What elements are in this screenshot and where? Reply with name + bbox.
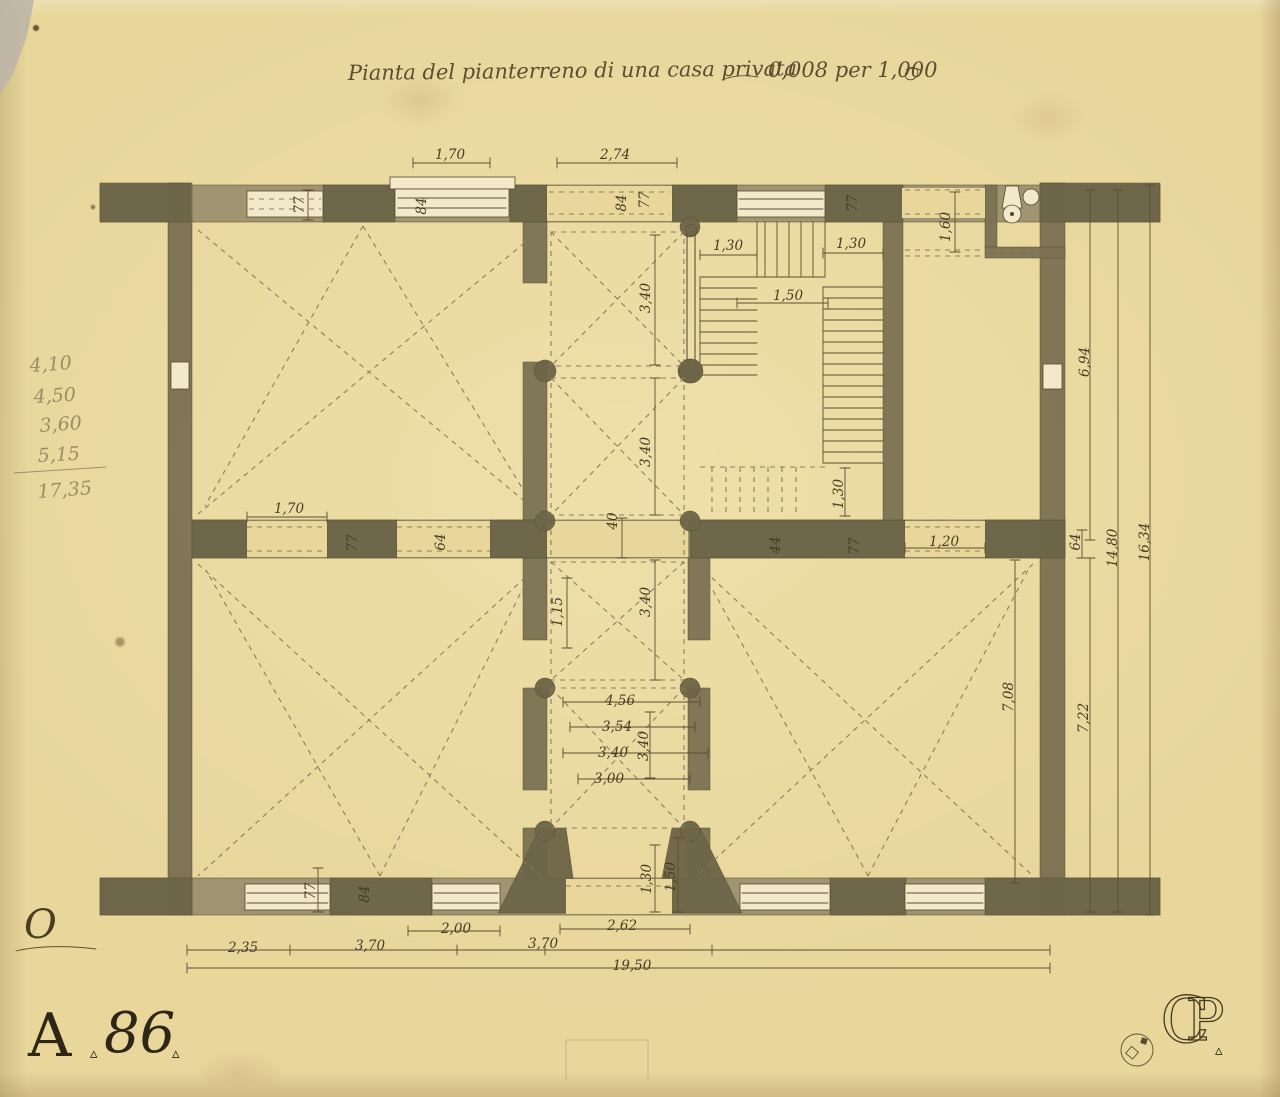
dim-label: 3,40 — [638, 283, 654, 313]
staircase — [679, 222, 883, 515]
drawing-number-value: 86 — [104, 1001, 175, 1066]
dim-label: 3,70 — [355, 938, 385, 954]
fixture-drain — [1010, 212, 1014, 216]
dim-label: 2,00 — [440, 921, 471, 937]
dim-label: 64 — [433, 533, 449, 550]
dim-label: 84 — [414, 197, 430, 214]
dim-label: 1,30 — [639, 864, 655, 894]
dim-label: 3,40 — [638, 437, 654, 467]
calc-addend: 4,10 — [28, 352, 73, 377]
dim-label: 64 — [1068, 533, 1084, 550]
dim-label: 2,62 — [606, 918, 637, 934]
dim-label: 77 — [345, 534, 361, 552]
corner-marks: O A ▵ 86 ▵ — [16, 902, 180, 1071]
wall-niche — [1043, 364, 1062, 389]
floor-plan-svg: Pianta del pianterreno di una casa priva… — [0, 0, 1280, 1097]
fixture-bowl — [1023, 189, 1039, 205]
window — [395, 189, 509, 217]
pencil-box — [566, 1040, 648, 1080]
dim-label: 77 — [303, 882, 319, 900]
triangle-mark: ▵ — [172, 1044, 180, 1062]
dim-label: 1,70 — [274, 501, 304, 517]
calc-addend: 3,60 — [39, 412, 83, 437]
wall-niche — [171, 362, 189, 389]
dim-label: 1,15 — [550, 597, 566, 627]
margin-calculation: 4,10 4,50 3,60 5,15 17,35 — [14, 352, 648, 1080]
dim-label: 3,40 — [598, 745, 628, 761]
dim-label: 3,70 — [528, 936, 558, 952]
dim-label: 4,56 — [604, 693, 635, 709]
dim-label: 19,50 — [613, 958, 652, 974]
newel-post — [685, 224, 697, 236]
window — [905, 884, 985, 910]
triangle-mark: ▵ — [90, 1044, 98, 1062]
dim-label: 16,34 — [1137, 523, 1153, 562]
dim-label: 2,35 — [227, 940, 258, 956]
dim-label: 1,30 — [831, 479, 847, 509]
corner-mark-o: O — [24, 902, 57, 948]
dim-label: 1,20 — [929, 534, 959, 550]
dim-label: 7,08 — [1001, 682, 1017, 712]
dim-label: 3,00 — [594, 771, 624, 787]
dim-label: 1,50 — [663, 862, 679, 892]
calc-addend: 5,15 — [37, 443, 80, 467]
window-sill — [390, 177, 515, 189]
banister — [687, 230, 695, 368]
sum-line — [14, 467, 106, 473]
dim-label: 84 — [357, 885, 373, 902]
dim-label: 1,30 — [836, 236, 866, 252]
dim-label: 77 — [292, 196, 308, 214]
calc-addend: 4,50 — [32, 384, 76, 408]
dim-label: 3,54 — [602, 719, 632, 735]
title-block: Pianta del pianterreno di una casa priva… — [347, 56, 938, 85]
signature-block: C P ▵ — [1121, 984, 1225, 1066]
stamp-icon — [1121, 1034, 1153, 1066]
plan-title: Pianta del pianterreno di una casa priva… — [347, 56, 797, 85]
dim-label: 1,60 — [938, 212, 954, 242]
dim-label: 77 — [845, 194, 861, 212]
dim-label: 1,70 — [435, 147, 465, 163]
dim-label: 6,94 — [1077, 347, 1093, 377]
window — [740, 884, 830, 910]
dim-label: 14,80 — [1105, 528, 1121, 567]
dim-label: 2,74 — [599, 147, 630, 163]
scale-note: 0,008 per 1,000 — [768, 58, 938, 82]
dim-label: 1,50 — [773, 288, 803, 304]
window — [432, 884, 500, 910]
dim-label: 3,40 — [636, 731, 652, 761]
window — [737, 191, 825, 217]
calc-total: 17,35 — [37, 477, 93, 503]
triangle-mark: ▵ — [1215, 1041, 1223, 1059]
dim-label: 1,30 — [713, 238, 743, 254]
drawing-sheet: Pianta del pianterreno di una casa priva… — [0, 0, 1280, 1097]
window — [247, 191, 323, 217]
dim-label: 84 — [614, 194, 630, 211]
drawing-number-prefix: A — [27, 1001, 72, 1071]
dim-label: 77 — [637, 191, 653, 209]
dim-label: 77 — [847, 537, 863, 555]
dim-label: 44 — [768, 536, 784, 554]
dim-label: 40 — [605, 512, 621, 531]
dim-label: 7,22 — [1076, 703, 1092, 733]
dim-label: 3,40 — [638, 587, 654, 617]
